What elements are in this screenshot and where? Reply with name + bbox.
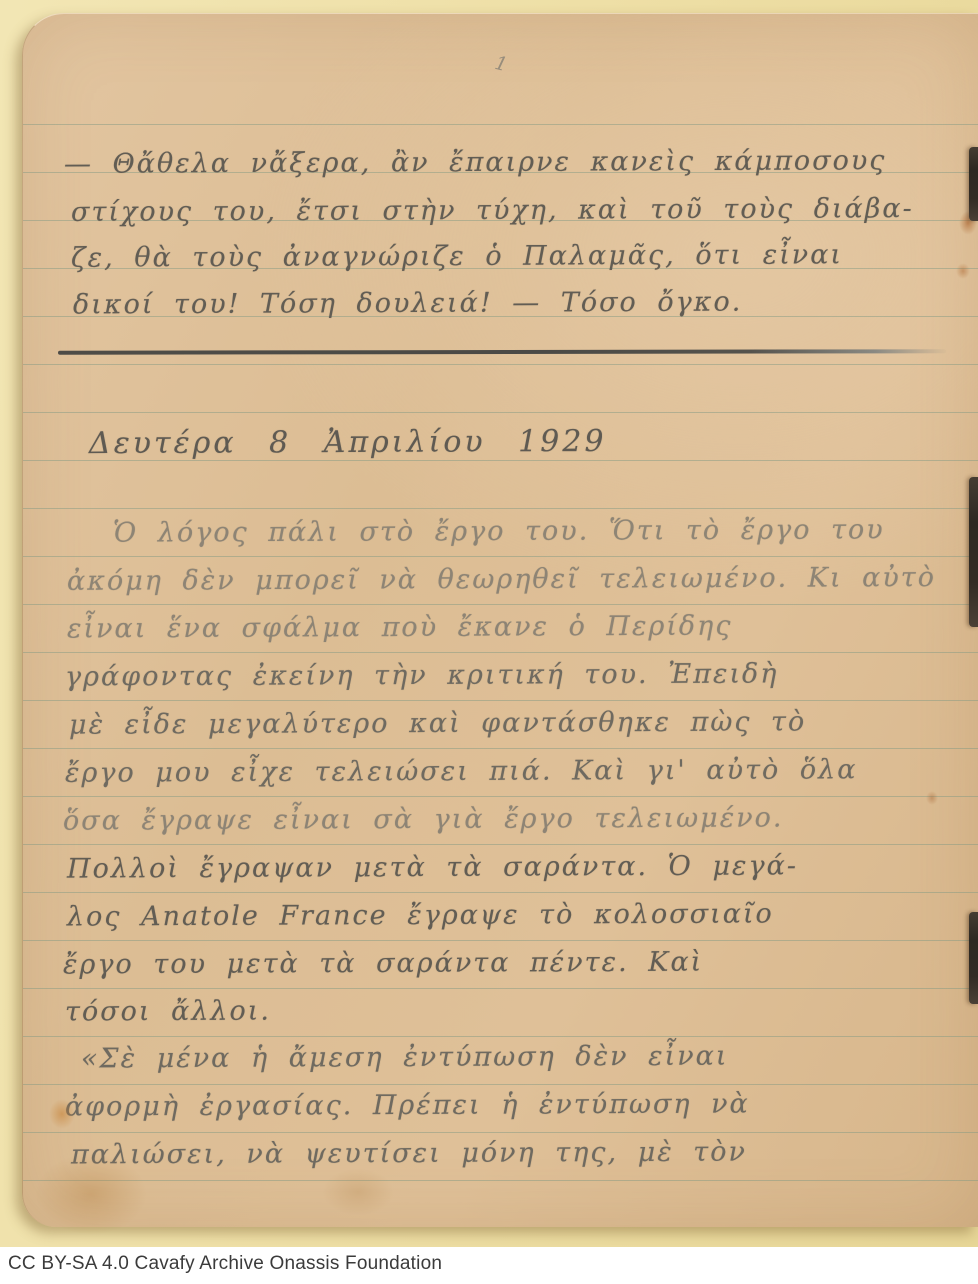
page-number-mark: 1 — [493, 52, 510, 76]
manuscript-line: τόσοι ἄλλοι. — [65, 996, 271, 1028]
paper-stain — [36, 1154, 146, 1234]
manuscript-line: παλιώσει, νὰ ψευτίσει μόνη της, μὲ τὸν — [71, 1137, 747, 1171]
paper-stain — [323, 1169, 393, 1215]
binding-mark — [969, 912, 978, 1004]
notebook-page: 1 — Θἄθελα νἄξερα, ἂν ἔπαιρνε κανεὶς κάμ… — [22, 13, 978, 1227]
manuscript-line: «Σὲ μένα ἡ ἄμεση ἐντύπωση δὲν εἶναι — [81, 1041, 729, 1075]
manuscript-line: ἀκόμη δὲν μπορεῖ νὰ θεωρηθεῖ τελειωμένο.… — [67, 562, 936, 597]
paper-stain — [956, 263, 970, 279]
binding-mark — [969, 477, 978, 627]
manuscript-line: εἶναι ἕνα σφάλμα ποὺ ἔκανε ὁ Περίδης — [67, 611, 733, 645]
caption-bar: CC BY-SA 4.0 Cavafy Archive Onassis Foun… — [0, 1247, 978, 1284]
paper-stain — [49, 1099, 75, 1129]
binding-mark — [969, 147, 978, 221]
manuscript-line: στίχους του, ἔτσι στὴν τύχη, καὶ τοῦ τοὺ… — [71, 193, 914, 228]
manuscript-line: Πολλοὶ ἔγραψαν μετὰ τὰ σαράντα. Ὁ μεγά- — [67, 850, 798, 884]
manuscript-line: λος Anatole France ἔγραψε τὸ κολοσσιαῖο — [67, 898, 774, 932]
manuscript-line: μὲ εἶδε μεγαλύτερο καὶ φαντάσθηκε πὼς τὸ — [69, 706, 806, 740]
entry-date-line: Δευτέρα 8 Ἀπριλίου 1929 — [89, 424, 607, 461]
license-caption: CC BY-SA 4.0 Cavafy Archive Onassis Foun… — [8, 1253, 442, 1275]
manuscript-line: γράφοντας ἐκείνη τὴν κριτική του. Ἐπειδὴ — [65, 658, 779, 692]
manuscript-line: ζε, θὰ τοὺς ἀναγνώριζε ὁ Παλαμᾶς, ὅτι εἶ… — [71, 239, 843, 273]
manuscript-line: ὅσα ἔγραψε εἶναι σὰ γιὰ ἔργο τελειωμένο. — [63, 802, 784, 836]
manuscript-line: — Θἄθελα νἄξερα, ἂν ἔπαιρνε κανεὶς κάμπο… — [64, 145, 887, 180]
paper-stain — [926, 791, 938, 805]
manuscript-line: Ὁ λόγος πάλι στὸ ἔργο του. Ὅτι τὸ ἔργο τ… — [113, 514, 885, 548]
manuscript-line: δικοί του! Τόση δουλειά! — Τόσο ὄγκο. — [73, 287, 742, 321]
manuscript-line: ἔργο του μετὰ τὰ σαράντα πέντε. Καὶ — [63, 947, 703, 981]
manuscript-scan: 1 — Θἄθελα νἄξερα, ἂν ἔπαιρνε κανεὶς κάμ… — [0, 0, 978, 1284]
manuscript-line: ἔργο μου εἶχε τελειώσει πιά. Καὶ γι' αὐτ… — [65, 754, 858, 788]
manuscript-line: ἀφορμὴ ἐργασίας. Πρέπει ἡ ἐντύπωση νὰ — [65, 1089, 750, 1123]
